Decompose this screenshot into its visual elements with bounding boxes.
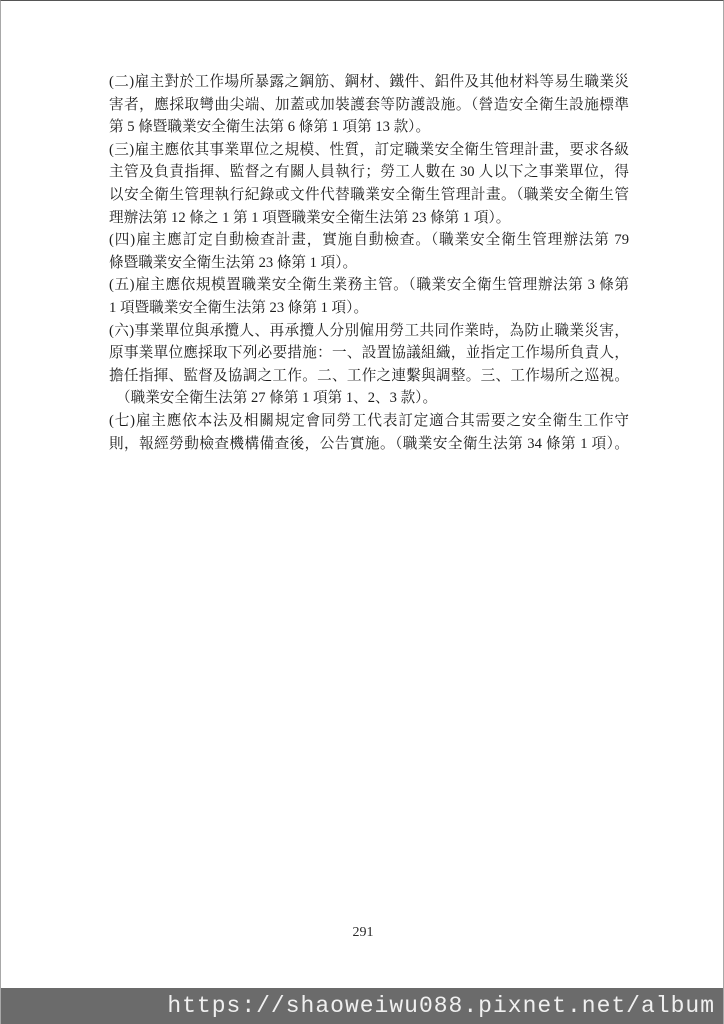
text-line: (三)雇主應依其事業單位之規模、性質，訂定職業安全衛生管理計畫，要求各級	[109, 139, 629, 162]
text-line: 原事業單位應採取下列必要措施：一、設置協議組織，並指定工作場所負責人，	[109, 342, 629, 365]
paragraph-4: (四)雇主應訂定自動檢查計畫，實施自動檢查。（職業安全衛生管理辦法第 79 條暨…	[109, 229, 629, 274]
paragraph-6: (六)事業單位與承攬人、再承攬人分別僱用勞工共同作業時，為防止職業災害， 原事業…	[109, 320, 629, 410]
paragraph-3: (三)雇主應依其事業單位之規模、性質，訂定職業安全衛生管理計畫，要求各級 主管及…	[109, 139, 629, 229]
watermark-url: https://shaoweiwu088.pixnet.net/album	[167, 993, 715, 1019]
paragraph-7: (七)雇主應依本法及相關規定會同勞工代表訂定適合其需要之安全衛生工作守 則，報經…	[109, 410, 629, 455]
paragraph-5: (五)雇主應依規模置職業安全衛生業務主管。（職業安全衛生管理辦法第 3 條第 1…	[109, 274, 629, 319]
text-line: 則，報經勞動檢查機構備查後，公告實施。（職業安全衛生法第 34 條第 1 項）。	[109, 433, 629, 456]
text-line: (六)事業單位與承攬人、再承攬人分別僱用勞工共同作業時，為防止職業災害，	[109, 320, 629, 343]
text-line: 第 5 條暨職業安全衛生法第 6 條第 1 項第 13 款）。	[109, 116, 629, 139]
watermark-bar: https://shaoweiwu088.pixnet.net/album	[1, 988, 724, 1024]
document-page: (二)雇主對於工作場所暴露之鋼筋、鋼材、鐵件、鋁件及其他材料等易生職業災 害者，…	[0, 0, 724, 1024]
text-line: 條暨職業安全衛生法第 23 條第 1 項）。	[109, 252, 629, 275]
text-line: （職業安全衛生法第 27 條第 1 項第 1、2、3 款）。	[109, 387, 629, 410]
text-line: (七)雇主應依本法及相關規定會同勞工代表訂定適合其需要之安全衛生工作守	[109, 410, 629, 433]
text-line: 擔任指揮、監督及協調之工作。二、工作之連繫與調整。三、工作場所之巡視。	[109, 365, 629, 388]
text-line: (二)雇主對於工作場所暴露之鋼筋、鋼材、鐵件、鋁件及其他材料等易生職業災	[109, 71, 629, 94]
text-line: 以安全衛生管理執行紀錄或文件代替職業安全衛生管理計畫。（職業安全衛生管	[109, 184, 629, 207]
text-line: 害者，應採取彎曲尖端、加蓋或加裝護套等防護設施。（營造安全衛生設施標準	[109, 94, 629, 117]
text-line: 理辦法第 12 條之 1 第 1 項暨職業安全衛生法第 23 條第 1 項）。	[109, 207, 629, 230]
text-line: 1 項暨職業安全衛生法第 23 條第 1 項）。	[109, 297, 629, 320]
text-line: (四)雇主應訂定自動檢查計畫，實施自動檢查。（職業安全衛生管理辦法第 79	[109, 229, 629, 252]
paragraph-2: (二)雇主對於工作場所暴露之鋼筋、鋼材、鐵件、鋁件及其他材料等易生職業災 害者，…	[109, 71, 629, 139]
page-number: 291	[1, 925, 724, 941]
text-line: 主管及負責指揮、監督之有關人員執行；勞工人數在 30 人以下之事業單位，得	[109, 161, 629, 184]
text-line: (五)雇主應依規模置職業安全衛生業務主管。（職業安全衛生管理辦法第 3 條第	[109, 274, 629, 297]
body-text: (二)雇主對於工作場所暴露之鋼筋、鋼材、鐵件、鋁件及其他材料等易生職業災 害者，…	[109, 71, 629, 455]
